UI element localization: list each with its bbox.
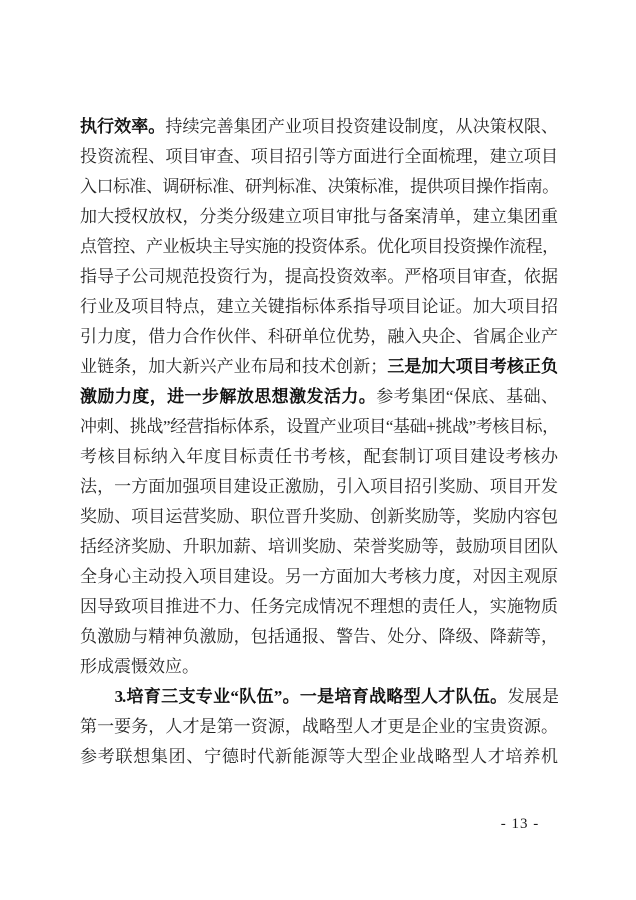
- text-run: 点管控、产业板块主导实施的投资体系。优化项目投资操作流程，: [80, 237, 558, 256]
- text-line: 全身心主动投入项目建设。另一方面加大考核力度，对因主观原: [80, 562, 558, 592]
- text-run: 行业及项目特点，建立关键指标体系指导项目论证。加大项目招: [80, 297, 558, 316]
- bold-run: 3.培育三支专业“队伍”。一是培育战略型人才队伍。: [115, 687, 508, 706]
- text-line: 奖励、项目运营奖励、职位晋升奖励、创新奖励等，奖励内容包: [80, 502, 558, 532]
- text-run: 参考联想集团、宁德时代新能源等大型企业战略型人才培养机: [80, 747, 558, 766]
- text-block: 执行效率。持续完善集团产业项目投资建设制度，从决策权限、投资流程、项目审查、项目…: [80, 112, 558, 772]
- text-line: 加大授权放权，分类分级建立项目审批与备案清单，建立集团重: [80, 202, 558, 232]
- text-run: 全身心主动投入项目建设。另一方面加大考核力度，对因主观原: [80, 567, 558, 586]
- text-line: 形成震慑效应。: [80, 652, 558, 682]
- text-run: 业链条，加大新兴产业布局和技术创新；: [80, 357, 387, 376]
- text-line: 冲刺、挑战”经营指标体系，设置产业项目“基础+挑战”考核目标，: [80, 412, 558, 442]
- text-run: 入口标准、调研标准、研判标准、决策标准，提供项目操作指南。: [80, 177, 558, 196]
- text-run: 奖励、项目运营奖励、职位晋升奖励、创新奖励等，奖励内容包: [80, 507, 558, 526]
- text-run: 引力度，借力合作伙伴、科研单位优势，融入央企、省属企业产: [80, 327, 558, 346]
- text-run: 指导子公司规范投资行为，提高投资效率。严格项目审查，依据: [80, 267, 558, 286]
- text-run: 第一要务，人才是第一资源，战略型人才更是企业的宝贵资源。: [80, 717, 558, 736]
- text-line: 指导子公司规范投资行为，提高投资效率。严格项目审查，依据: [80, 262, 558, 292]
- text-line: 考核目标纳入年度目标责任书考核，配套制订项目建设考核办: [80, 442, 558, 472]
- bold-run: 三是加大项目考核正负: [387, 357, 558, 376]
- text-line: 括经济奖励、升职加薪、培训奖励、荣誉奖励等，鼓励项目团队: [80, 532, 558, 562]
- text-line: 法，一方面加强项目建设正激励，引入项目招引奖励、项目开发: [80, 472, 558, 502]
- text-line: 激励力度，进一步解放思想激发活力。参考集团“保底、基础、: [80, 382, 558, 412]
- text-run: 形成震慑效应。: [80, 657, 199, 676]
- text-line: 行业及项目特点，建立关键指标体系指导项目论证。加大项目招: [80, 292, 558, 322]
- text-line: 3.培育三支专业“队伍”。一是培育战略型人才队伍。发展是: [80, 682, 558, 712]
- text-line: 第一要务，人才是第一资源，战略型人才更是企业的宝贵资源。: [80, 712, 558, 742]
- text-run: 法，一方面加强项目建设正激励，引入项目招引奖励、项目开发: [80, 477, 558, 496]
- text-run: [80, 687, 115, 706]
- text-line: 业链条，加大新兴产业布局和技术创新；三是加大项目考核正负: [80, 352, 558, 382]
- text-line: 引力度，借力合作伙伴、科研单位优势，融入央企、省属企业产: [80, 322, 558, 352]
- text-line: 因导致项目推进不力、任务完成情况不理想的责任人，实施物质: [80, 592, 558, 622]
- text-line: 执行效率。持续完善集团产业项目投资建设制度，从决策权限、: [80, 112, 558, 142]
- text-line: 参考联想集团、宁德时代新能源等大型企业战略型人才培养机: [80, 742, 558, 772]
- bold-run: 执行效率。: [80, 117, 165, 136]
- text-line: 点管控、产业板块主导实施的投资体系。优化项目投资操作流程，: [80, 232, 558, 262]
- text-run: 冲刺、挑战”经营指标体系，设置产业项目“基础+挑战”考核目标，: [80, 417, 558, 436]
- text-run: 参考集团“保底、基础、: [376, 387, 558, 406]
- text-line: 入口标准、调研标准、研判标准、决策标准，提供项目操作指南。: [80, 172, 558, 202]
- document-page: 执行效率。持续完善集团产业项目投资建设制度，从决策权限、投资流程、项目审查、项目…: [0, 0, 636, 900]
- text-run: 发展是: [508, 687, 559, 706]
- text-run: 持续完善集团产业项目投资建设制度，从决策权限、: [165, 117, 558, 136]
- text-run: 加大授权放权，分类分级建立项目审批与备案清单，建立集团重: [80, 207, 558, 226]
- page-number: - 13 -: [455, 812, 585, 836]
- text-line: 负激励与精神负激励，包括通报、警告、处分、降级、降薪等，: [80, 622, 558, 652]
- text-run: 投资流程、项目审查、项目招引等方面进行全面梳理，建立项目: [80, 147, 558, 166]
- bold-run: 激励力度，进一步解放思想激发活力。: [80, 387, 376, 406]
- text-run: 负激励与精神负激励，包括通报、警告、处分、降级、降薪等，: [80, 627, 558, 646]
- text-run: 因导致项目推进不力、任务完成情况不理想的责任人，实施物质: [80, 597, 558, 616]
- text-run: 括经济奖励、升职加薪、培训奖励、荣誉奖励等，鼓励项目团队: [80, 537, 558, 556]
- text-run: 考核目标纳入年度目标责任书考核，配套制订项目建设考核办: [80, 447, 558, 466]
- text-line: 投资流程、项目审查、项目招引等方面进行全面梳理，建立项目: [80, 142, 558, 172]
